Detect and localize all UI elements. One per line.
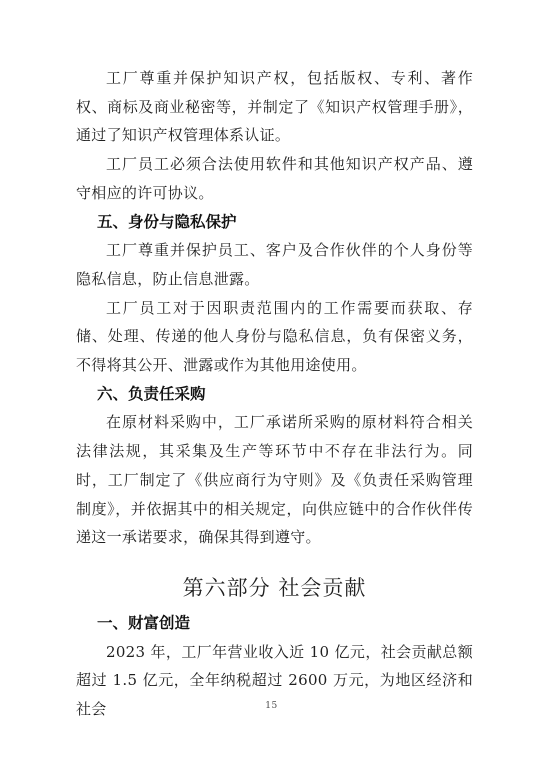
section-heading: 一、财富创造 bbox=[97, 609, 473, 638]
body-paragraph: 工厂尊重并保护员工、客户及合作伙伴的个人身份等隐私信息，防止信息泄露。 bbox=[76, 236, 473, 293]
body-paragraph: 工厂尊重并保护知识产权，包括版权、专利、著作权、商标及商业秘密等，并制定了《知识… bbox=[76, 64, 473, 150]
part-title: 第六部分 社会贡献 bbox=[76, 567, 473, 609]
body-paragraph: 工厂员工必须合法使用软件和其他知识产权产品、遵守相应的许可协议。 bbox=[76, 150, 473, 207]
document-body: 工厂尊重并保护知识产权，包括版权、专利、著作权、商标及商业秘密等，并制定了《知识… bbox=[76, 64, 473, 724]
body-paragraph: 在原材料采购中，工厂承诺所采购的原材料符合相关法律法规，其采集及生产等环节中不存… bbox=[76, 408, 473, 552]
body-paragraph: 工厂员工对于因职责范围内的工作需要而获取、存储、处理、传递的他人身份与隐私信息，… bbox=[76, 294, 473, 380]
section-heading: 六、负责任采购 bbox=[97, 380, 473, 409]
document-page: 工厂尊重并保护知识产权，包括版权、专利、著作权、商标及商业秘密等，并制定了《知识… bbox=[0, 0, 543, 768]
section-heading: 五、身份与隐私保护 bbox=[97, 208, 473, 237]
page-number: 15 bbox=[0, 701, 543, 711]
